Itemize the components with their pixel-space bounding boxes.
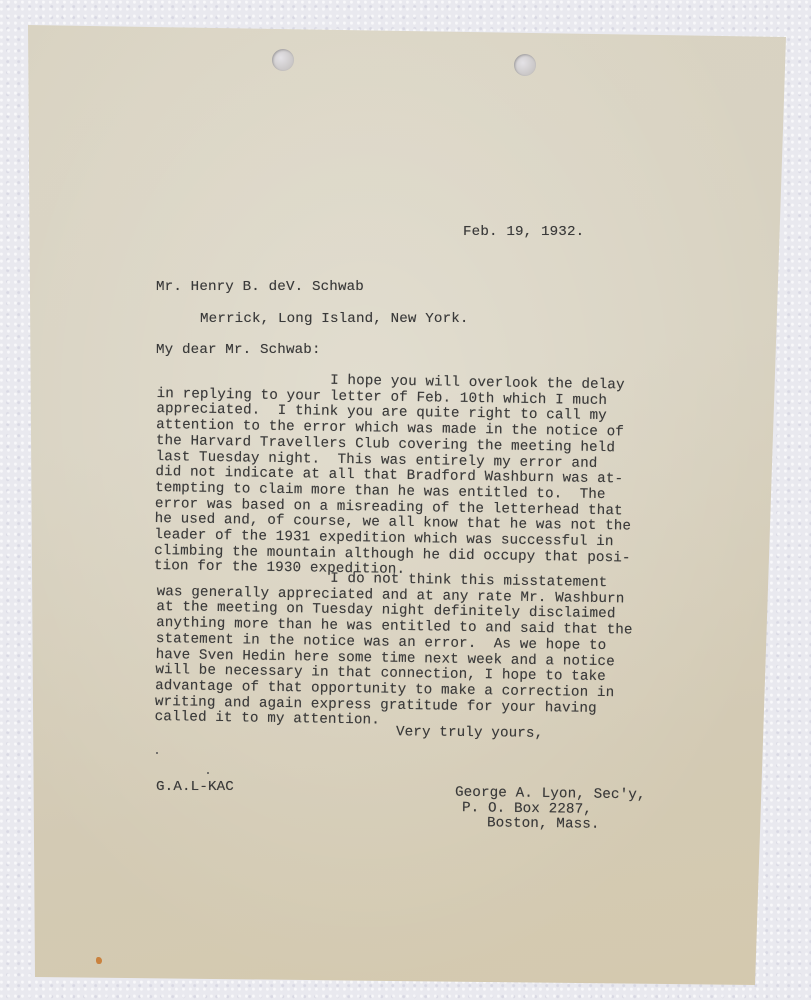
- salutation: My dear Mr. Schwab:: [156, 343, 321, 358]
- recipient-address: Merrick, Long Island, New York.: [200, 312, 469, 327]
- reference-initials: G.A.L-KAC: [156, 780, 234, 795]
- ink-dot: [207, 772, 209, 774]
- punch-hole-right: [514, 54, 536, 76]
- signature-city: Boston, Mass.: [487, 816, 600, 833]
- body-paragraph-2: I do not think this misstatement was gen…: [155, 569, 634, 733]
- body-paragraph-1: I hope you will overlook the delay in re…: [154, 371, 634, 583]
- letter-date: Feb. 19, 1932.: [463, 225, 584, 240]
- recipient-name: Mr. Henry B. deV. Schwab: [156, 280, 364, 295]
- closing: Very truly yours,: [396, 725, 543, 742]
- punch-hole-left: [272, 49, 294, 71]
- ink-dot: [156, 752, 158, 754]
- rust-stain: [96, 957, 102, 964]
